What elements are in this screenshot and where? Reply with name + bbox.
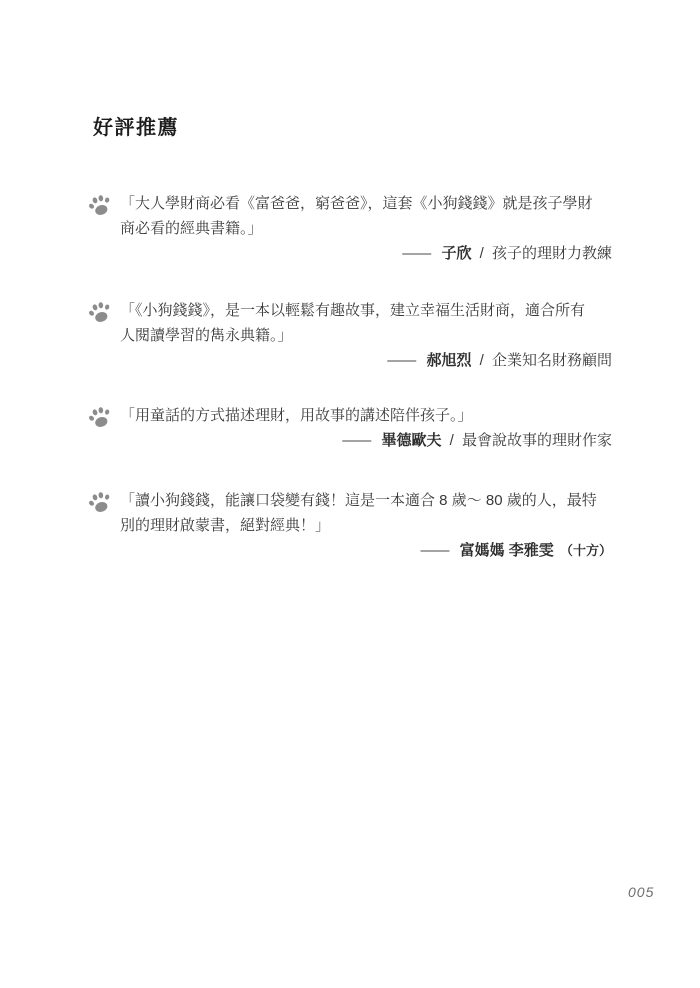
quote-text-line: 商必看的經典書籍。」 [120, 216, 612, 241]
attribution-suffix: （十方） [560, 543, 612, 558]
page-title: 好評推薦 [93, 111, 179, 140]
quote-text-line: 「讀小狗錢錢，能讓口袋變有錢！這是一本適合 8 歲～ 80 歲的人，最特 [120, 488, 612, 513]
quote-body: 「《小狗錢錢》，是一本以輕鬆有趣故事，建立幸福生活財商，適合所有 人閱讀學習的雋… [120, 298, 612, 373]
attribution-separator: / [480, 352, 484, 369]
attribution-name: 郝旭烈 [426, 352, 471, 369]
quote-text-line: 別的理財啟蒙書，絕對經典！」 [120, 513, 612, 538]
attribution-separator: / [480, 245, 484, 262]
paw-print-icon [88, 194, 112, 218]
quote-attribution: —— 畢德歐夫 / 最會說故事的理財作家 [120, 428, 612, 453]
book-page: 好評推薦 「大人學財商必看《富爸爸，窮爸爸》，這套《小狗錢錢》就是孩子學財 商必… [0, 0, 700, 988]
quote-attribution: —— 富媽媽 李雅雯 （十方） [120, 538, 612, 563]
quote-body: 「用童話的方式描述理財，用故事的講述陪伴孩子。」 —— 畢德歐夫 / 最會說故事… [120, 403, 612, 453]
attribution-separator: / [450, 432, 454, 449]
attribution-dash: —— [387, 352, 415, 369]
attribution-role: 孩子的理財力教練 [492, 245, 612, 262]
quote-text-line: 「《小狗錢錢》，是一本以輕鬆有趣故事，建立幸福生活財商，適合所有 [120, 298, 612, 323]
quote-text-line: 人閱讀學習的雋永典籍。」 [120, 323, 612, 348]
paw-print-icon [88, 491, 112, 515]
attribution-name: 富媽媽 李雅雯 [460, 542, 554, 559]
attribution-name: 子欣 [441, 245, 471, 262]
quote-attribution: —— 子欣 / 孩子的理財力教練 [120, 241, 612, 266]
attribution-dash: —— [420, 542, 448, 559]
page-number: 005 [628, 884, 654, 900]
attribution-role: 企業知名財務顧問 [492, 352, 612, 369]
quote-attribution: —— 郝旭烈 / 企業知名財務顧問 [120, 348, 612, 373]
quote-block-3: 「用童話的方式描述理財，用故事的講述陪伴孩子。」 —— 畢德歐夫 / 最會說故事… [88, 403, 612, 453]
attribution-name: 畢德歐夫 [381, 432, 441, 449]
quote-text-line: 「用童話的方式描述理財，用故事的講述陪伴孩子。」 [120, 403, 612, 428]
quote-block-2: 「《小狗錢錢》，是一本以輕鬆有趣故事，建立幸福生活財商，適合所有 人閱讀學習的雋… [88, 298, 612, 373]
attribution-role: 最會說故事的理財作家 [462, 432, 612, 449]
paw-print-icon [88, 406, 112, 430]
attribution-dash: —— [342, 432, 370, 449]
quote-text-line: 「大人學財商必看《富爸爸，窮爸爸》，這套《小狗錢錢》就是孩子學財 [120, 191, 612, 216]
quote-block-4: 「讀小狗錢錢，能讓口袋變有錢！這是一本適合 8 歲～ 80 歲的人，最特 別的理… [88, 488, 612, 563]
attribution-dash: —— [402, 245, 430, 262]
quote-body: 「大人學財商必看《富爸爸，窮爸爸》，這套《小狗錢錢》就是孩子學財 商必看的經典書… [120, 191, 612, 266]
quote-block-1: 「大人學財商必看《富爸爸，窮爸爸》，這套《小狗錢錢》就是孩子學財 商必看的經典書… [88, 191, 612, 266]
paw-print-icon [88, 301, 112, 325]
quote-body: 「讀小狗錢錢，能讓口袋變有錢！這是一本適合 8 歲～ 80 歲的人，最特 別的理… [120, 488, 612, 563]
